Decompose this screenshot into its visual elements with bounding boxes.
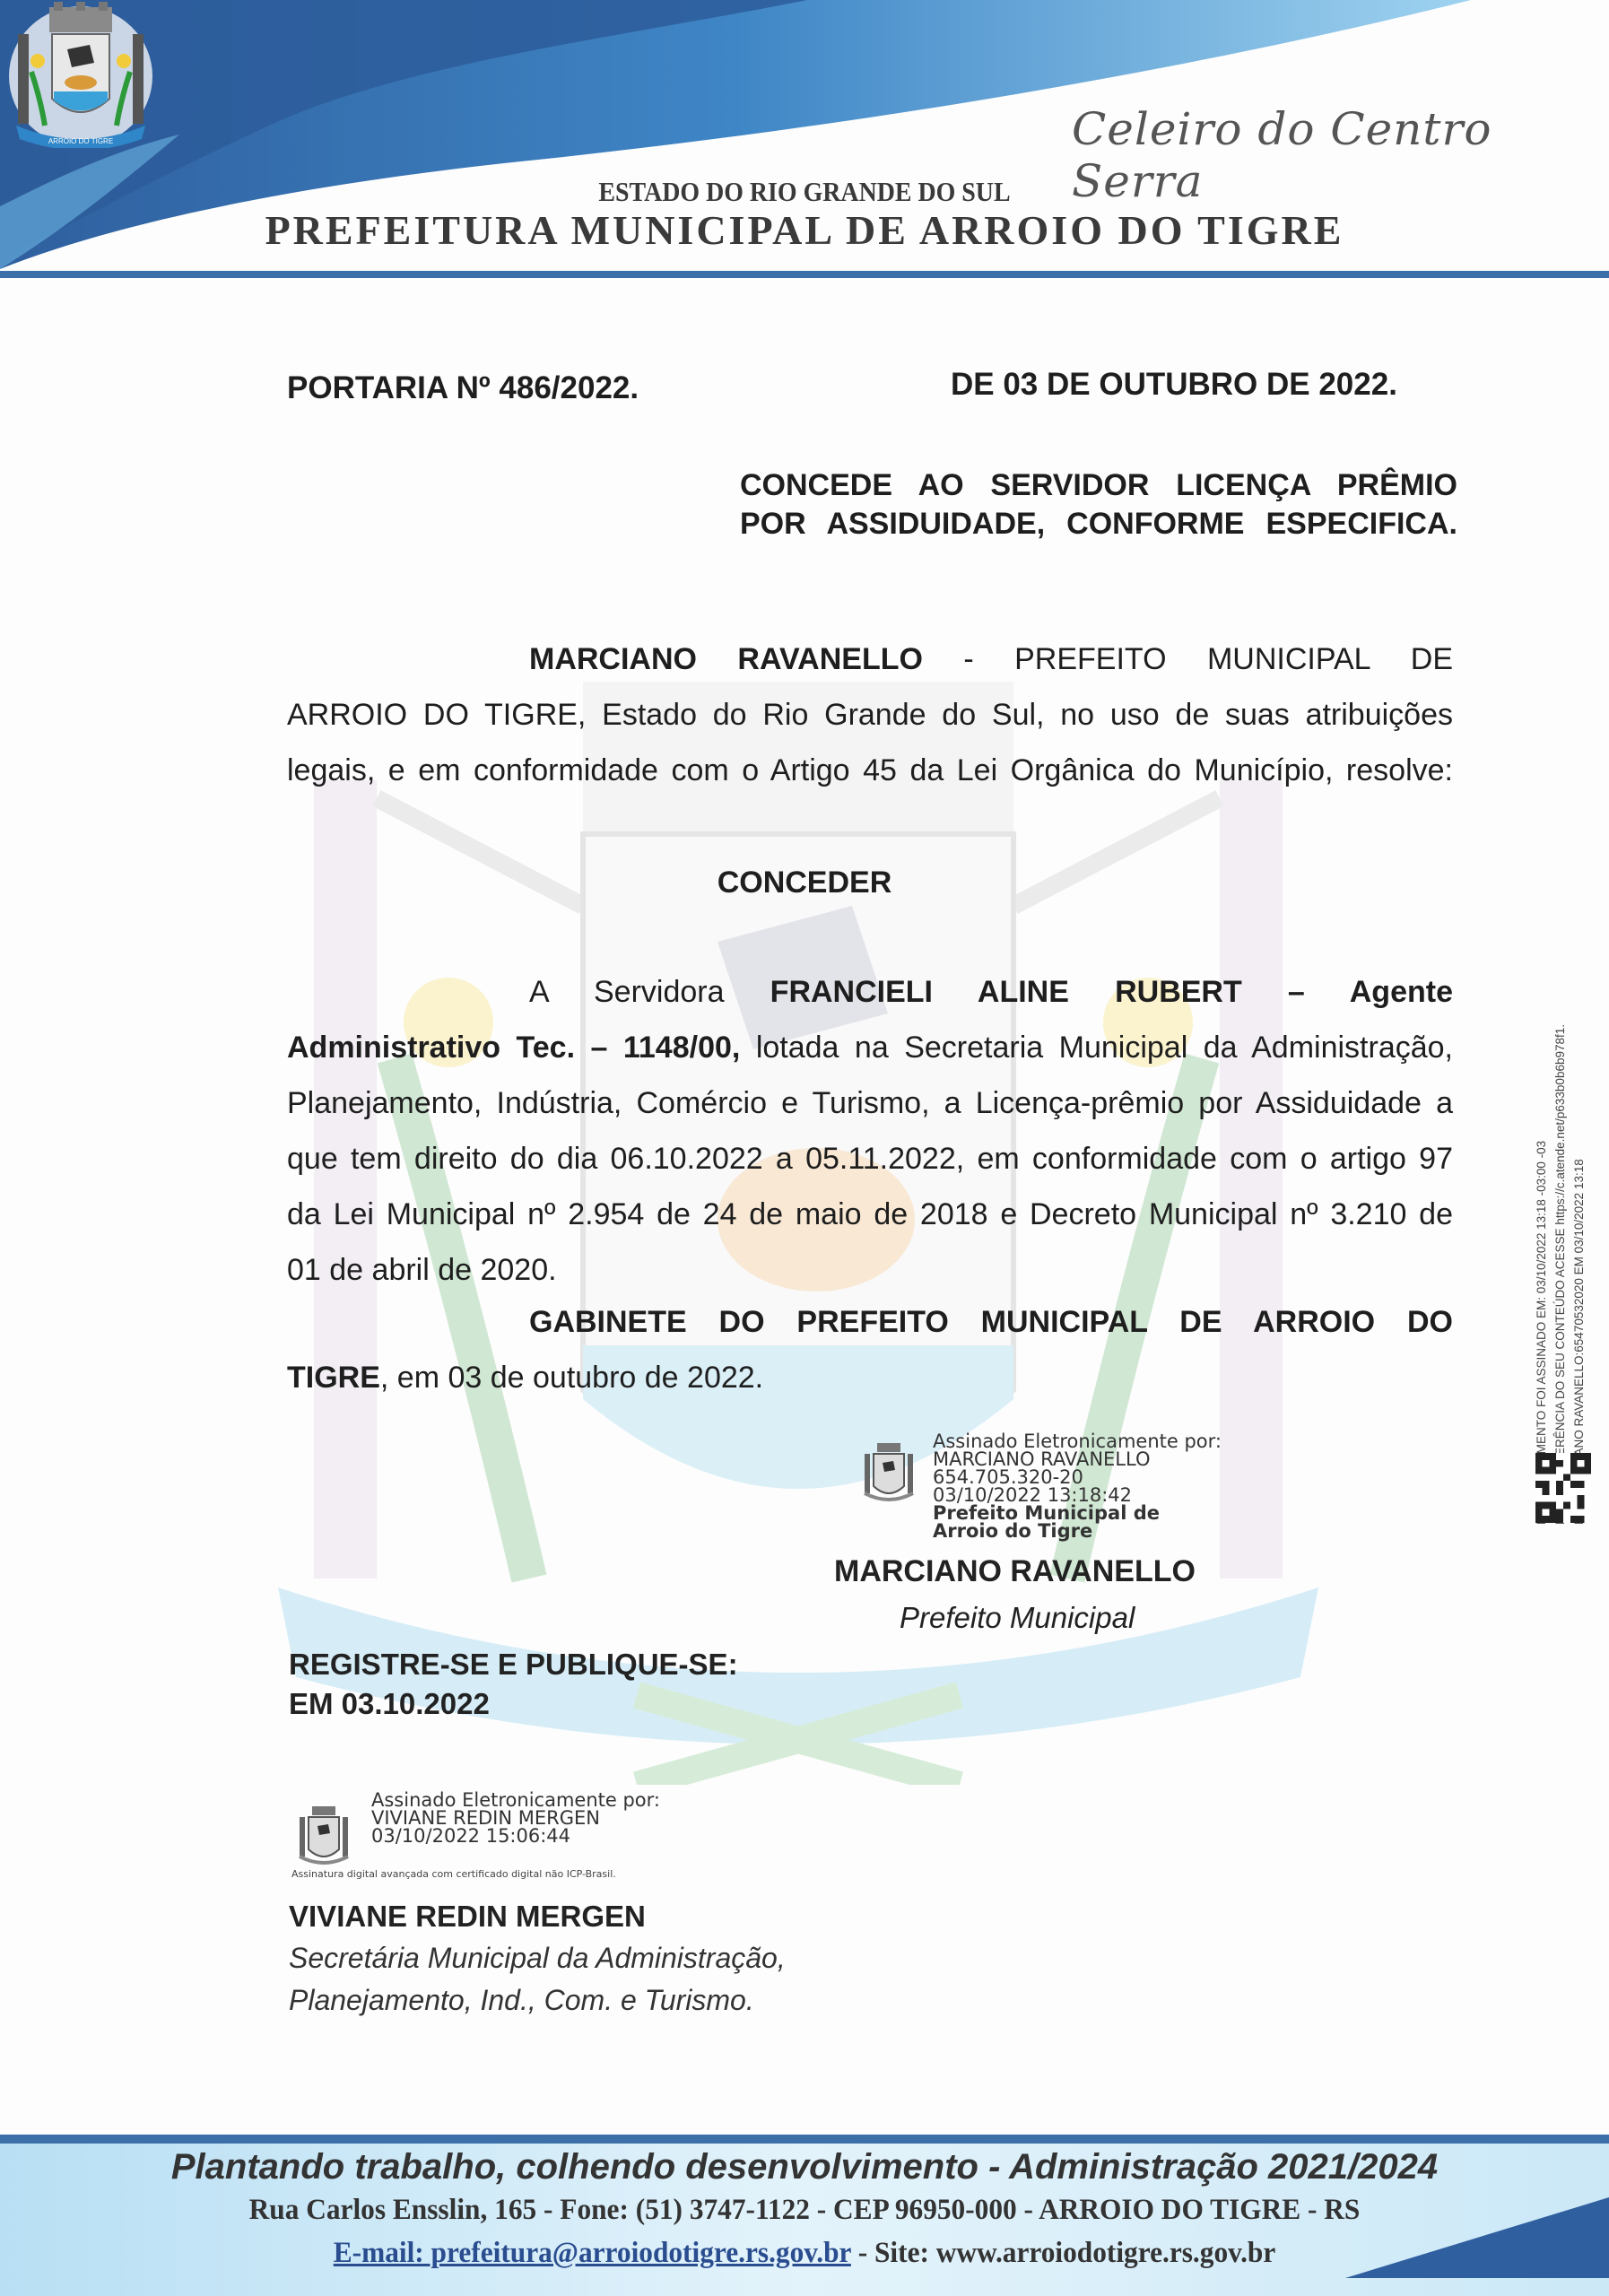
secretary-role: Secretária Municipal da Administração, P… (289, 1937, 786, 2022)
preamble-paragraph: MARCIANO RAVANELLO - PREFEITO MUNICIPAL … (287, 631, 1453, 798)
leave-period: que tem direito do dia 06.10.2022 a 05.1… (287, 1131, 1453, 1187)
secretary-name: VIVIANE REDIN MERGEN (289, 1900, 646, 1934)
svg-text:ARROIO DO TIGRE: ARROIO DO TIGRE (48, 137, 113, 145)
signature-seal-icon (861, 1441, 917, 1506)
portaria-number: PORTARIA Nº 486/2022. (287, 361, 639, 416)
verification-side-stamp: ESTE DOCUMENTO FOI ASSINADO EM: 03/10/20… (1532, 1024, 1588, 1525)
header-divider (0, 271, 1609, 278)
mayor-role: Prefeito Municipal (900, 1601, 1135, 1635)
coat-of-arms-icon: ARROIO DO TIGRE (0, 0, 161, 148)
site-text: - Site: www.arroiodotigre.rs.gov.br (851, 2237, 1275, 2269)
mayor-name-inline: MARCIANO RAVANELLO (529, 642, 923, 676)
action-heading: CONCEDER (0, 855, 1609, 910)
qr-code-icon[interactable] (1535, 1453, 1592, 1523)
registration-note: REGISTRE-SE E PUBLIQUE-SE: EM 03.10.2022 (289, 1645, 738, 1724)
state-name: ESTADO DO RIO GRANDE DO SUL (81, 176, 1529, 208)
portaria-date: DE 03 DE OUTUBRO DE 2022. (951, 357, 1397, 413)
letterhead-header: ARROIO DO TIGRE Celeiro do Centro Serra … (0, 0, 1609, 287)
municipality-name: PREFEITURA MUNICIPAL DE ARROIO DO TIGRE (0, 206, 1609, 254)
verification-link[interactable]: PARA CONFERÊNCIA DO SEU CONTEÚDO ACESSE … (1551, 1024, 1570, 1525)
signature-certificate-note: Assinatura digital avançada com certific… (291, 1868, 722, 1881)
email-link[interactable]: E-mail: prefeitura@arroiodotigre.rs.gov.… (334, 2237, 851, 2269)
footer-slogan: Plantando trabalho, colhendo desenvolvim… (0, 2147, 1609, 2187)
footer-contact: E-mail: prefeitura@arroiodotigre.rs.gov.… (40, 2237, 1569, 2270)
footer-address: Rua Carlos Ensslin, 165 - Fone: (51) 374… (40, 2194, 1569, 2227)
employee-position: Administrativo Tec. – 1148/00, (287, 1031, 740, 1065)
signature-seal-icon (296, 1805, 352, 1869)
employee-name: FRANCIELI ALINE RUBERT – Agente (770, 975, 1453, 1009)
closing-paragraph: GABINETE DO PREFEITO MUNICIPAL DE ARROIO… (287, 1294, 1453, 1405)
ementa: CONCEDE AO SERVIDOR LICENÇA PRÊMIO POR A… (740, 466, 1457, 544)
mayor-name: MARCIANO RAVANELLO (834, 1554, 1196, 1589)
grant-paragraph: A Servidora FRANCIELI ALINE RUBERT – Age… (287, 964, 1453, 1298)
